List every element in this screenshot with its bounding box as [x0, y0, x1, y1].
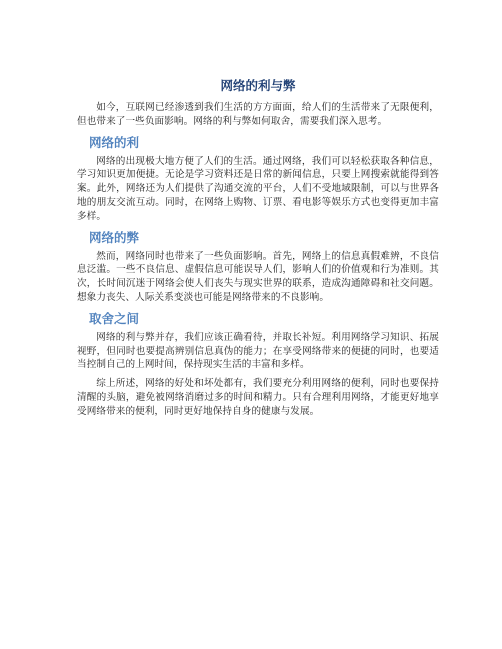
- section-heading-cons: 网络的弊: [89, 230, 439, 246]
- section-paragraph: 网络的出现极大地方便了人们的生活。通过网络，我们可以轻松获取各种信息，学习知识更…: [77, 155, 439, 224]
- section-paragraph: 网络的利与弊并存，我们应该正确看待，并取长补短。利用网络学习知识、拓展视野，但同…: [77, 331, 439, 372]
- document-page: 网络的利与弊 如今，互联网已经渗透到我们生活的方方面面，给人们的生活带来了无限便…: [77, 78, 439, 424]
- section-heading-balance: 取舍之间: [89, 311, 439, 327]
- section-heading-pros: 网络的利: [89, 135, 439, 151]
- section-paragraph: 然而，网络同时也带来了一些负面影响。首先，网络上的信息真假难辨，不良信息泛滥。一…: [77, 250, 439, 305]
- conclusion-paragraph: 综上所述，网络的好处和坏处都有，我们要充分利用网络的便利，同时也要保持清醒的头脑…: [77, 377, 439, 418]
- document-title: 网络的利与弊: [77, 78, 439, 94]
- intro-paragraph: 如今，互联网已经渗透到我们生活的方方面面，给人们的生活带来了无限便利，但也带来了…: [77, 101, 439, 129]
